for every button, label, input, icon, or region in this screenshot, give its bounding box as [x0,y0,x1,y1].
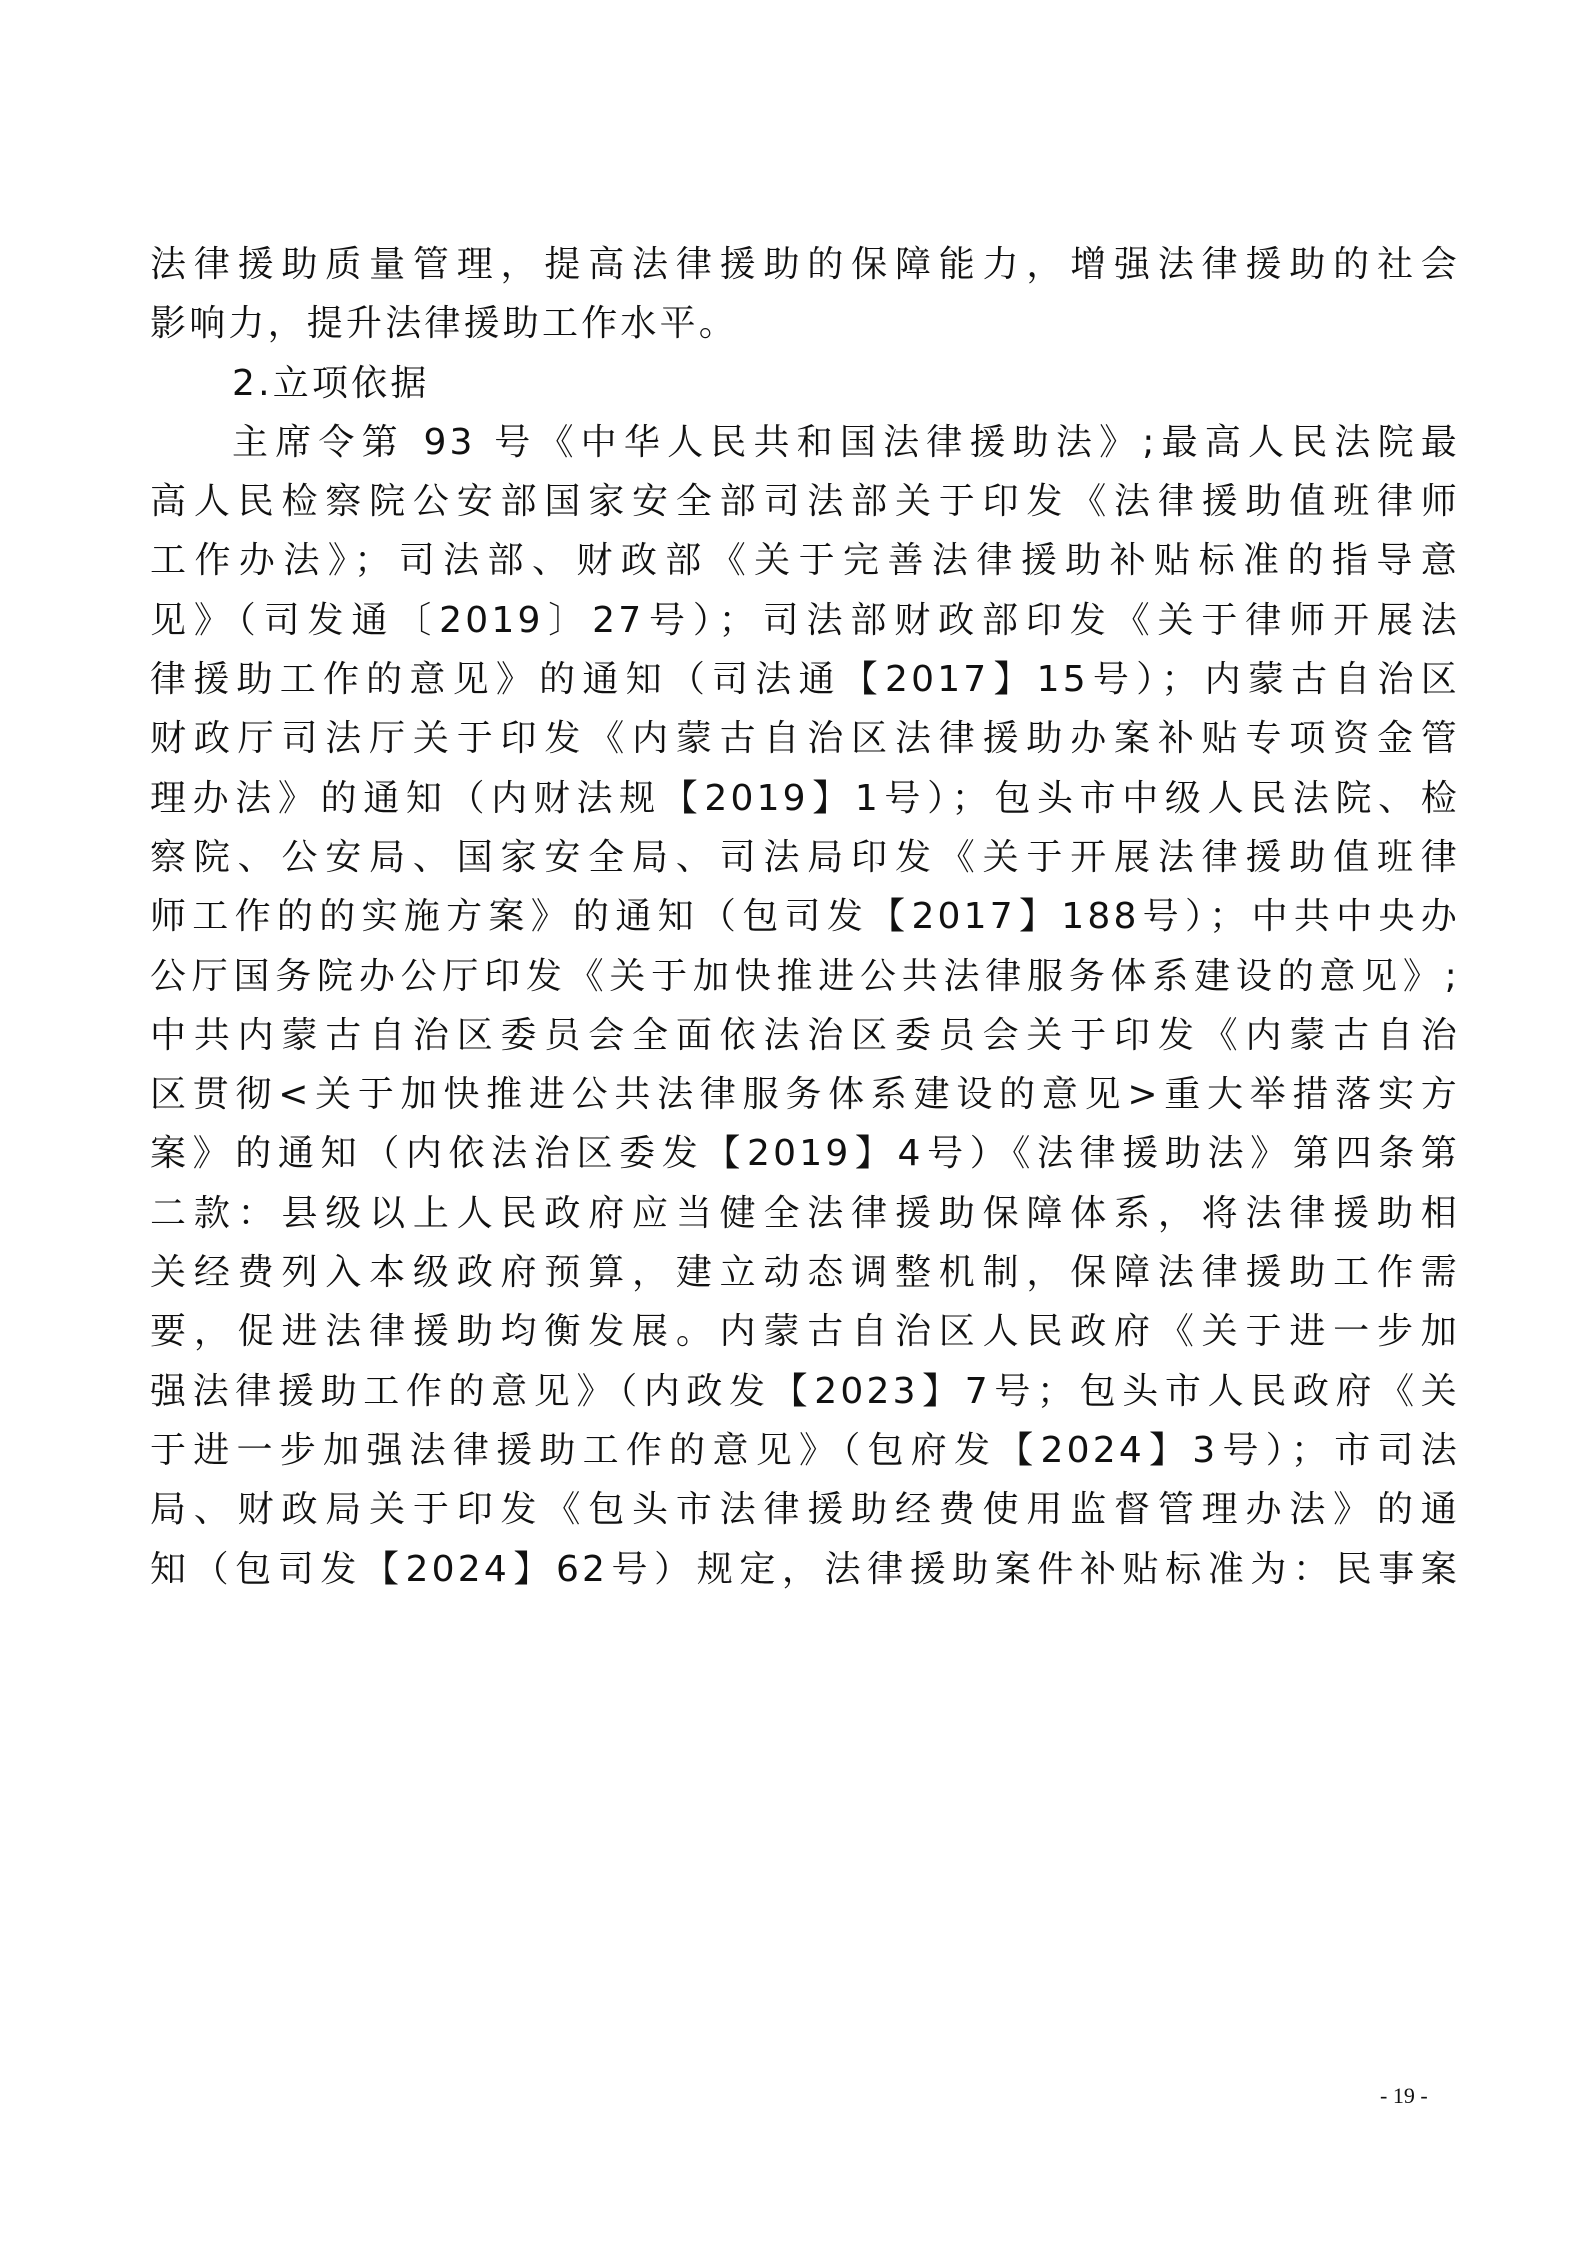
paragraph-line: 关经费列入本级政府预算，建立动态调整机制，保障法律援助工作需 [150,1243,1460,1302]
paragraph-line: 见》（司发通〔2019〕27号）；司法部财政部印发《关于律师开展法 [150,591,1460,650]
paragraph-line: 高人民检察院公安部国家安全部司法部关于印发《法律援助值班律师 [150,472,1460,531]
paragraph-line: 财政厅司法厅关于印发《内蒙古自治区法律援助办案补贴专项资金管 [150,709,1460,768]
paragraph-line: 强法律援助工作的意见》（内政发【2023】7号；包头市人民政府《关 [150,1362,1460,1421]
paragraph-line: 影响力，提升法律援助工作水平。 [150,294,1460,353]
paragraph-line: 法律援助质量管理，提高法律援助的保障能力，增强法律援助的社会 [150,235,1460,294]
paragraph-line: 案》的通知（内依法治区委发【2019】4号）《法律援助法》第四条第 [150,1124,1460,1183]
paragraph-line: 工作办法》；司法部、财政部《关于完善法律援助补贴标准的指导意 [150,531,1460,590]
paragraph-line: 师工作的的实施方案》的通知（包司发【2017】188号）；中共中央办 [150,887,1460,946]
paragraph-line: 于进一步加强法律援助工作的意见》（包府发【2024】3号）；市司法 [150,1421,1460,1480]
paragraph-line: 公厅国务院办公厅印发《关于加快推进公共法律服务体系建设的意见》; [150,947,1460,1006]
document-page: 法律援助质量管理，提高法律援助的保障能力，增强法律援助的社会 影响力，提升法律援… [0,0,1588,2245]
paragraph-line: 二款：县级以上人民政府应当健全法律援助保障体系，将法律援助相 [150,1184,1460,1243]
paragraph-line: 要，促进法律援助均衡发展。内蒙古自治区人民政府《关于进一步加 [150,1302,1460,1361]
paragraph-line: 区贯彻<关于加快推进公共法律服务体系建设的意见>重大举措落实方 [150,1065,1460,1124]
section-heading: 2.立项依据 [150,354,1460,413]
paragraph-line: 察院、公安局、国家安全局、司法局印发《关于开展法律援助值班律 [150,828,1460,887]
paragraph-line: 理办法》的通知（内财法规【2019】1号）；包头市中级人民法院、检 [150,769,1460,828]
page-number: - 19 - [1380,2083,1428,2109]
document-body: 法律援助质量管理，提高法律援助的保障能力，增强法律援助的社会 影响力，提升法律援… [150,235,1460,1599]
paragraph-line: 主席令第 93 号《中华人民共和国法律援助法》;最高人民法院最 [150,413,1460,472]
paragraph-line: 中共内蒙古自治区委员会全面依法治区委员会关于印发《内蒙古自治 [150,1006,1460,1065]
paragraph-line: 律援助工作的意见》的通知（司法通【2017】15号）；内蒙古自治区 [150,650,1460,709]
paragraph-line: 知（包司发【2024】62号）规定，法律援助案件补贴标准为：民事案 [150,1540,1460,1599]
paragraph-line: 局、财政局关于印发《包头市法律援助经费使用监督管理办法》的通 [150,1480,1460,1539]
